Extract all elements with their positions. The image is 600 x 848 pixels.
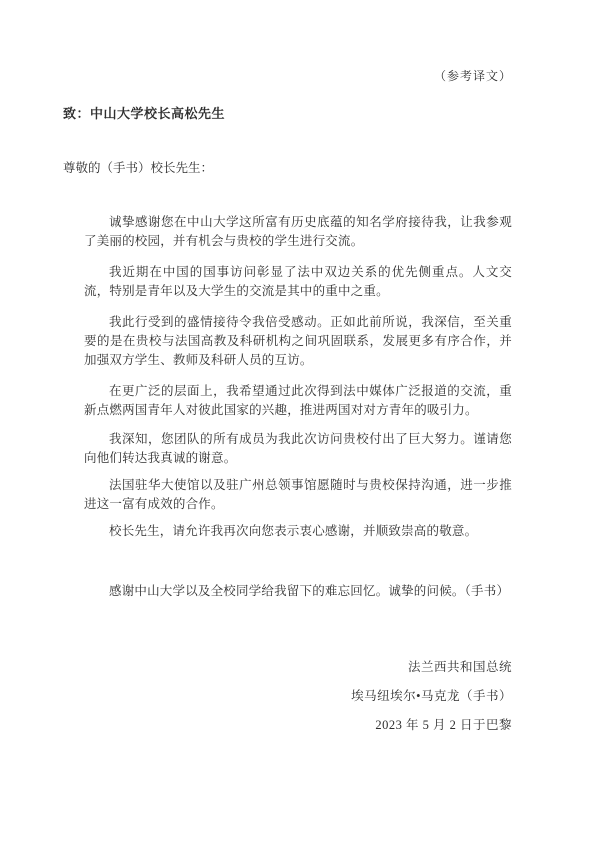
recipient-line: 致：中山大学校长高松先生 — [63, 105, 512, 122]
letter-page: （参考译文） 致：中山大学校长高松先生 尊敬的（手书）校长先生： 诚挚感谢您在中… — [0, 0, 600, 848]
letter-body: 诚挚感谢您在中山大学这所富有历史底蕴的知名学府接待我，让我参观了美丽的校园，并有… — [0, 213, 600, 601]
signature-date-place: 2023 年 5 月 2 日于巴黎 — [0, 711, 512, 740]
paragraph-5: 我深知，您团队的所有成员为我此次访问贵校付出了巨大努力。谨请您向他们转达我真诚的… — [84, 430, 512, 468]
paragraph-1: 诚挚感谢您在中山大学这所富有历史底蕴的知名学府接待我，让我参观了美丽的校园，并有… — [84, 213, 512, 251]
signature-title: 法兰西共和国总统 — [0, 653, 512, 682]
paragraph-6: 法国驻华大使馆以及驻广州总领事馆愿随时与贵校保持沟通，进一步推进这一富有成效的合… — [84, 476, 512, 514]
signature-block: 法兰西共和国总统 埃马纽埃尔•马克龙（手书） 2023 年 5 月 2 日于巴黎 — [0, 653, 512, 740]
paragraph-3: 我此行受到的盛情接待令我倍受感动。正如此前所说，我深信，至关重要的是在贵校与法国… — [84, 313, 512, 370]
reference-translation-note: （参考译文） — [0, 68, 512, 85]
paragraph-8-closing: 感谢中山大学以及全校同学给我留下的难忘回忆。诚挚的问候。（手书） — [84, 582, 512, 601]
signature-name: 埃马纽埃尔•马克龙（手书） — [0, 682, 512, 711]
paragraph-4: 在更广泛的层面上，我希望通过此次得到法中媒体广泛报道的交流，重新点燃两国青年人对… — [84, 382, 512, 420]
paragraph-2: 我近期在中国的国事访问彰显了法中双边关系的优先侧重点。人文交流，特别是青年以及大… — [84, 263, 512, 301]
salutation: 尊敬的（手书）校长先生： — [63, 160, 512, 177]
paragraph-7: 校长先生，请允许我再次向您表示衷心感谢，并顺致崇高的敬意。 — [84, 522, 512, 541]
